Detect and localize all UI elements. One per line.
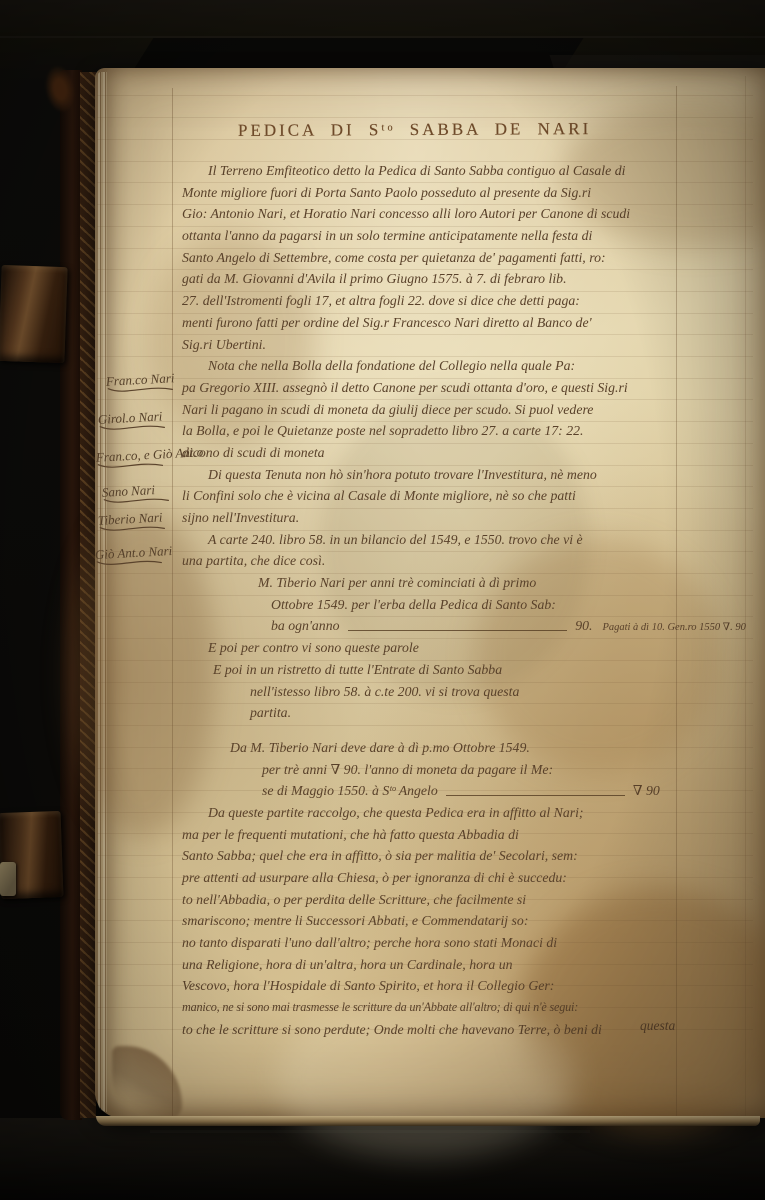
tooled-leather-edge — [80, 72, 96, 1118]
text-line: Santo Angelo di Settembre, come costa pe… — [182, 247, 682, 269]
text-line: to nell'Abbadia, o per perdita delle Scr… — [182, 889, 682, 911]
margin-note: Girol.o Nari — [97, 408, 168, 434]
text-line: li Confini solo che è vicina al Casale d… — [182, 485, 682, 507]
ledger-fill-rule — [446, 794, 625, 796]
margin-note: Giò Ant.o Nari — [94, 543, 172, 569]
text-line: Vescovo, hora l'Hospidale di Santo Spiri… — [182, 975, 682, 997]
ledger-payment-note: Pagati à dì 10. Gen.ro 1550 ∇. 90 — [602, 617, 745, 639]
text-line: una Religione, hora di un'altra, hora un… — [182, 954, 682, 976]
text-line: Da queste partite raccolgo, che questa P… — [182, 802, 682, 824]
ledger-left-text: se di Maggio 1550. à Sᵗᵒ Angelo — [262, 780, 438, 802]
text-line: ottanta l'anno da pagarsi in un solo ter… — [182, 225, 682, 247]
text-line: M. Tiberio Nari per anni trè cominciati … — [258, 572, 682, 594]
text-line: una partita, che dice così. — [182, 550, 682, 572]
text-line: nell'istesso libro 58. à c.te 200. vi si… — [182, 681, 682, 703]
contro-note: E poi per contro vi sono queste parole — [182, 637, 682, 659]
book-board-edge — [60, 70, 82, 1120]
text-line: pre attenti ad usurpare alla Chiesa, ò p… — [182, 867, 682, 889]
text-line: pa Gregorio XIII. assegnò il detto Canon… — [182, 377, 682, 399]
text-line: dicono di scudi di moneta — [182, 442, 682, 464]
manuscript-body-text: Il Terreno Emfiteotico detto la Pedica d… — [182, 160, 682, 1041]
ruled-line-left-margin — [172, 88, 173, 1120]
page-title: PEDICA DI Sᵗᵒ SABBA DE NARI — [238, 119, 591, 141]
text-line: E poi per contro vi sono queste parole — [182, 637, 682, 659]
text-line: Da M. Tiberio Nari deve dare à dì p.mo O… — [230, 737, 682, 759]
page-bottom-edge — [96, 1116, 760, 1126]
margin-note: Fran.co Nari — [105, 370, 176, 396]
text-line: menti furono fatti per ordine del Sig.r … — [182, 312, 682, 334]
ledger-amount: ∇ 90 — [633, 780, 660, 802]
text-line: ba ogn'anno90.Pagati à dì 10. Gen.ro 155… — [258, 615, 746, 637]
ledger-left-text: ba ogn'anno — [271, 615, 340, 637]
bilancio-paragraph: A carte 240. libro 58. in un bilancio de… — [182, 529, 682, 572]
text-line: se di Maggio 1550. à Sᵗᵒ Angelo∇ 90 — [230, 780, 660, 802]
ledger-fill-rule — [348, 629, 568, 631]
ruled-line-outer-margin — [745, 76, 746, 1124]
ristretto-note: E poi in un ristretto di tutte l'Entrate… — [182, 659, 682, 724]
text-line: partita. — [182, 702, 682, 724]
text-line: to che le scritture si sono perdute; Ond… — [182, 1019, 682, 1041]
text-line: Di questa Tenuta non hò sin'hora potuto … — [182, 464, 682, 486]
text-line: Santo Sabba; quel che era in affitto, ò … — [182, 845, 682, 867]
text-line: sijno nell'Investitura. — [182, 507, 682, 529]
catchword: questa — [640, 1018, 675, 1034]
text-line: la Bolla, e poi le Quietanze poste nel s… — [182, 420, 682, 442]
leather-clasp-top — [0, 265, 68, 363]
bolla-paragraph: Nota che nella Bolla della fondatione de… — [182, 355, 682, 463]
margin-note-text: Fran.co Nari — [105, 370, 174, 389]
text-line: ma per le frequenti mutationi, che hà fa… — [182, 824, 682, 846]
text-line: A carte 240. libro 58. in un bilancio de… — [182, 529, 682, 551]
manuscript-page: PEDICA DI Sᵗᵒ SABBA DE NARI Fran.co Nari… — [95, 68, 765, 1118]
margin-note-text: Giò Ant.o Nari — [94, 543, 172, 562]
text-line: per trè anni ∇ 90. l'anno di moneta da p… — [230, 759, 682, 781]
ruled-line — [97, 95, 753, 96]
clasp-metal-fitting — [0, 862, 16, 896]
tiberio-entry-1549: M. Tiberio Nari per anni trè cominciati … — [258, 572, 682, 637]
text-line: Sig.ri Ubertini. — [182, 334, 682, 356]
page-stack-edge — [98, 72, 107, 1112]
conclusion-paragraph: Da queste partite raccolgo, che questa P… — [182, 802, 682, 1041]
opening-paragraph: Il Terreno Emfiteotico detto la Pedica d… — [182, 160, 682, 355]
text-line: manico, ne si sono mai trasmesse le scri… — [182, 997, 682, 1019]
text-line: Monte migliore fuori di Porta Santo Paol… — [182, 182, 682, 204]
ledger-amount: 90. — [575, 615, 592, 637]
tenuta-paragraph: Di questa Tenuta non hò sin'hora potuto … — [182, 464, 682, 529]
text-line: Nota che nella Bolla della fondatione de… — [182, 355, 682, 377]
text-line: Nari li pagano in scudi di moneta da giu… — [182, 399, 682, 421]
text-line: Ottobre 1549. per l'erba della Pedica di… — [258, 594, 682, 616]
text-line: 27. dell'Istromenti fogli 17, et altra f… — [182, 290, 682, 312]
text-line: no tanto disparati l'uno dall'altro; per… — [182, 932, 682, 954]
ruled-line — [97, 117, 753, 118]
text-line: smariscono; mentre li Successori Abbati,… — [182, 910, 682, 932]
text-line: gati da M. Giovanni d'Avila il primo Giu… — [182, 268, 682, 290]
margin-note-text: Sano Nari — [101, 482, 155, 500]
margin-note: Sano Nari — [101, 481, 172, 507]
text-line: Gio: Antonio Nari, et Horatio Nari conce… — [182, 203, 682, 225]
margin-note: Tiberio Nari — [97, 509, 168, 535]
table-edge-line — [150, 1130, 590, 1133]
margin-note-text: Tiberio Nari — [97, 509, 162, 527]
tiberio-entry-deve-dare: Da M. Tiberio Nari deve dare à dì p.mo O… — [230, 737, 682, 802]
text-line: E poi in un ristretto di tutte l'Entrate… — [182, 659, 682, 681]
margin-note-text: Girol.o Nari — [97, 408, 162, 426]
text-line: Il Terreno Emfiteotico detto la Pedica d… — [182, 160, 682, 182]
photo-of-manuscript: { "photo": { "background_color": "#0b0a0… — [0, 0, 765, 1200]
